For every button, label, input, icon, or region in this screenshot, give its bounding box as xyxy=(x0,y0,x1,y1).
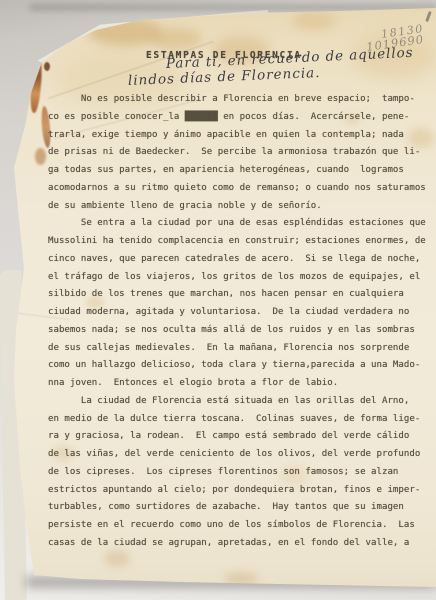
typewritten-line: ra y graciosa, la rodean. El campo está … xyxy=(48,428,426,446)
scanned-manuscript-page: 18130 1019690 ESTAMPAS DE FLORENCIA Para… xyxy=(0,0,436,600)
typewritten-line: silbido de los trenes que marchan, nos h… xyxy=(48,286,426,304)
pencil-corner-mark xyxy=(425,11,432,22)
typewritten-line: de su ambiente lleno de gracia noble y d… xyxy=(48,198,426,216)
typewritten-line: nna joven. Entonces el elogio brota a fl… xyxy=(48,375,426,393)
typewritten-line: persiste en el recuerdo como uno de los … xyxy=(48,517,426,535)
typewritten-line: turbables, como surtidores de azabache. … xyxy=(48,499,426,517)
rust-stain xyxy=(44,62,50,71)
typewritten-line: de prisas ni de Baedecker. Se percibe la… xyxy=(48,144,426,162)
typewritten-line: La ciudad de Florencia está situada en l… xyxy=(48,393,426,411)
typewritten-line: co es posible conocer_la ██████ en pocos… xyxy=(48,109,426,127)
paper-sheet: 18130 1019690 ESTAMPAS DE FLORENCIA Para… xyxy=(0,0,436,600)
rust-stain xyxy=(28,57,44,114)
stain xyxy=(88,18,162,46)
typewritten-line: No es posible describir a Florencia en b… xyxy=(48,91,426,109)
typewritten-line: casas de la ciudad se agrupan, apretadas… xyxy=(48,535,426,553)
typewritten-line: Se entra a la ciudad por una de esas esp… xyxy=(48,215,426,233)
typewritten-line: sabemos nada; se nos oculta más allá de … xyxy=(48,322,426,340)
typewritten-line: ga todas sus partes, en apariencia heter… xyxy=(48,162,426,180)
typewritten-line: cinco naves, que parecen catedrales de a… xyxy=(48,251,426,269)
typewritten-line: de los cipreses. Los cipreses florentino… xyxy=(48,464,426,482)
stain xyxy=(292,12,336,30)
stain xyxy=(150,28,202,50)
typewritten-line: Mussolini ha tenido complacencia en cons… xyxy=(48,233,426,251)
rust-stain xyxy=(35,148,46,165)
typewritten-line: estrictos apuntando al cielo; por dondeq… xyxy=(48,482,426,500)
typewritten-line: en medio de la dulce tierra toscana. Col… xyxy=(48,411,426,429)
typewritten-line: como un hallazgo delicioso, toda clara y… xyxy=(48,357,426,375)
stain xyxy=(104,550,130,567)
typewritten-line: ciudad moderna, agitada y voluntariosa. … xyxy=(48,304,426,322)
typewritten-line: de las viñas, del verde ceniciento de lo… xyxy=(48,446,426,464)
dedication-line-2: lindos días de Florencia. xyxy=(128,65,321,89)
typewritten-line: el tráfago de los viajeros, los gritos d… xyxy=(48,269,426,287)
typewritten-line: trarla, exige tiempo y ánimo apacible en… xyxy=(48,127,426,145)
typewritten-line: de sus callejas medievales. En la mañana… xyxy=(48,340,426,358)
typewritten-body: No es posible describir a Florencia en b… xyxy=(48,91,426,553)
typewritten-line: acomodarnos a su ritmo quieto como de re… xyxy=(48,180,426,198)
